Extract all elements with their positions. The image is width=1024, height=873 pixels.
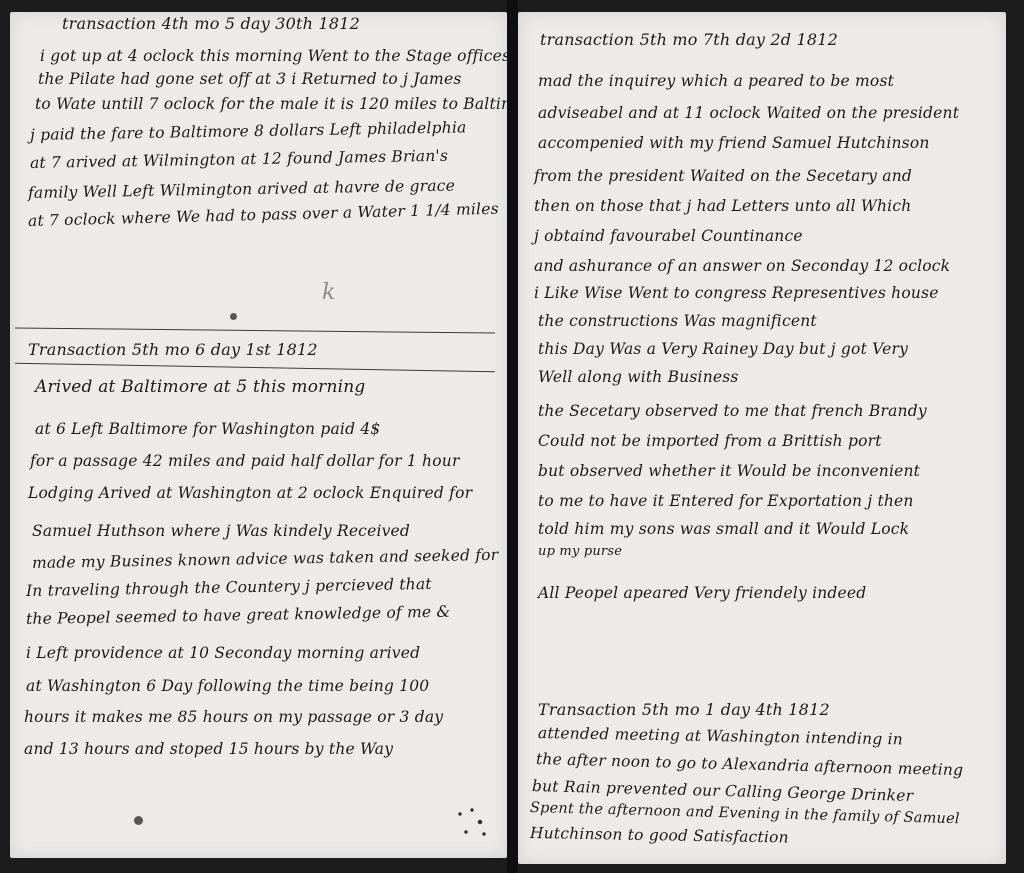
text-line: i got up at 4 oclock this morning Went t… (40, 47, 507, 65)
text-line: the Secetary observed to me that french … (538, 402, 1006, 420)
text-line: j paid the fare to Baltimore 8 dollars L… (30, 118, 507, 144)
text-line: the Peopel seemed to have great knowledg… (26, 602, 507, 628)
text-line: for a passage 42 miles and paid half dol… (30, 452, 507, 470)
ink-spatter (452, 802, 492, 842)
divider-rule (15, 363, 495, 372)
text-line: made my Busines known advice was taken a… (32, 546, 507, 572)
text-line: the constructions Was magnificent (538, 312, 1006, 330)
text-line: to Wate untill 7 oclock for the male it … (35, 95, 507, 113)
text-line: j obtaind favourabel Countinance (534, 227, 1006, 245)
text-line: All Peopel apeared Very friendely indeed (538, 584, 1006, 602)
text-line: family Well Left Wilmington arived at ha… (28, 176, 507, 202)
text-line: i Like Wise Went to congress Representiv… (534, 284, 1006, 302)
text-line: at 7 oclock where We had to pass over a … (28, 199, 507, 230)
entry-heading: transaction 4th mo 5 day 30th 1812 (62, 14, 507, 33)
text-line: the after noon to go to Alexandria after… (536, 750, 1006, 780)
entry-heading: transaction 5th mo 7th day 2d 1812 (540, 30, 1006, 49)
ink-blot (134, 816, 143, 825)
entry-heading: Transaction 5th mo 1 day 4th 1812 (538, 700, 1006, 719)
text-line: i Left providence at 10 Seconday morning… (26, 644, 507, 662)
text-line: Arived at Baltimore at 5 this morning (35, 377, 507, 397)
text-line: and ashurance of an answer on Seconday 1… (534, 257, 1006, 275)
text-line: the Pilate had gone set off at 3 i Retur… (38, 70, 507, 88)
text-line: and 13 hours and stoped 15 hours by the … (24, 740, 507, 758)
right-page: transaction 5th mo 7th day 2d 1812 mad t… (518, 12, 1006, 864)
text-line: at Washington 6 Day following the time b… (26, 677, 507, 695)
text-line: Samuel Huthson where j Was kindely Recei… (32, 522, 507, 540)
text-line: In traveling through the Countery j perc… (26, 574, 507, 600)
left-page: transaction 4th mo 5 day 30th 1812 i got… (10, 12, 507, 858)
text-line: at 7 arived at Wilmington at 12 found Ja… (30, 146, 507, 172)
text-line: Well along with Business (538, 368, 1006, 386)
margin-mark: k (322, 280, 335, 305)
text-line: to me to have it Entered for Exportation… (538, 492, 1006, 510)
text-line: from the president Waited on the Secetar… (534, 167, 1006, 185)
text-line: this Day Was a Very Rainey Day but j got… (538, 340, 1006, 358)
text-line: Hutchinson to good Satisfaction (530, 824, 1006, 850)
text-line: hours it makes me 85 hours on my passage… (24, 708, 507, 726)
text-line: up my purse (538, 544, 1006, 559)
text-line: Could not be imported from a Brittish po… (538, 432, 1006, 450)
text-line: accompenied with my friend Samuel Hutchi… (538, 134, 1006, 152)
text-line: at 6 Left Baltimore for Washington paid … (35, 420, 507, 438)
entry-heading: Transaction 5th mo 6 day 1st 1812 (28, 340, 507, 359)
divider-rule (15, 327, 495, 333)
text-line: but observed whether it Would be inconve… (538, 462, 1006, 480)
text-line: told him my sons was small and it Would … (538, 520, 1006, 538)
text-line: adviseabel and at 11 oclock Waited on th… (538, 104, 1006, 122)
text-line: attended meeting at Washington intending… (538, 724, 1006, 750)
ink-blot (230, 313, 237, 320)
text-line: Lodging Arived at Washington at 2 oclock… (28, 484, 507, 502)
text-line: mad the inquirey which a peared to be mo… (538, 72, 1006, 90)
text-line: then on those that j had Letters unto al… (534, 197, 1006, 215)
book-gutter (507, 0, 518, 873)
